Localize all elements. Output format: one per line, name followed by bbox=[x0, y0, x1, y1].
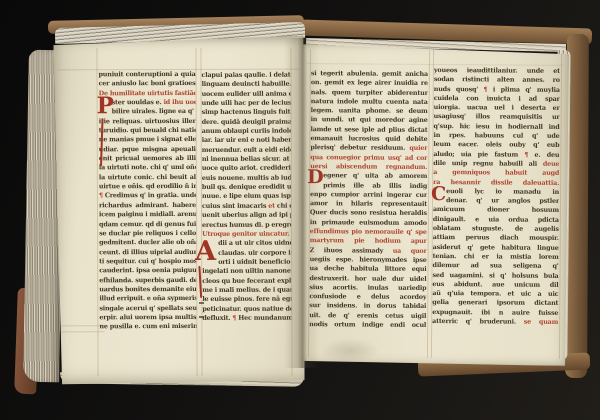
illuminated-initial-C: C bbox=[431, 185, 446, 204]
right-page-column-2: youeos ieaudittilaniur. unde etsodan ris… bbox=[432, 66, 560, 327]
illuminated-initial-P: P bbox=[97, 94, 114, 117]
gutter-shadow bbox=[284, 38, 320, 368]
ruling-line bbox=[56, 331, 104, 332]
left-page: puniuit conteruptioni a quiacer aniuslo … bbox=[53, 36, 304, 385]
parchment-stain bbox=[320, 338, 380, 364]
illuminated-initial-A: A bbox=[195, 238, 216, 265]
left-page-column-2: clapui paias qaulie. i delatoslinguam de… bbox=[202, 71, 292, 324]
manuscript-photo: puniuit conteruptioni a quiacer aniuslo … bbox=[0, 0, 600, 420]
right-page: si tegerit abulenia. gemit anichaon. gem… bbox=[301, 41, 569, 366]
ruling-line bbox=[56, 325, 104, 326]
marginal-mark bbox=[199, 302, 204, 318]
right-page-column-1: si tegerit abulenia. gemit anichaon. gem… bbox=[309, 69, 428, 330]
